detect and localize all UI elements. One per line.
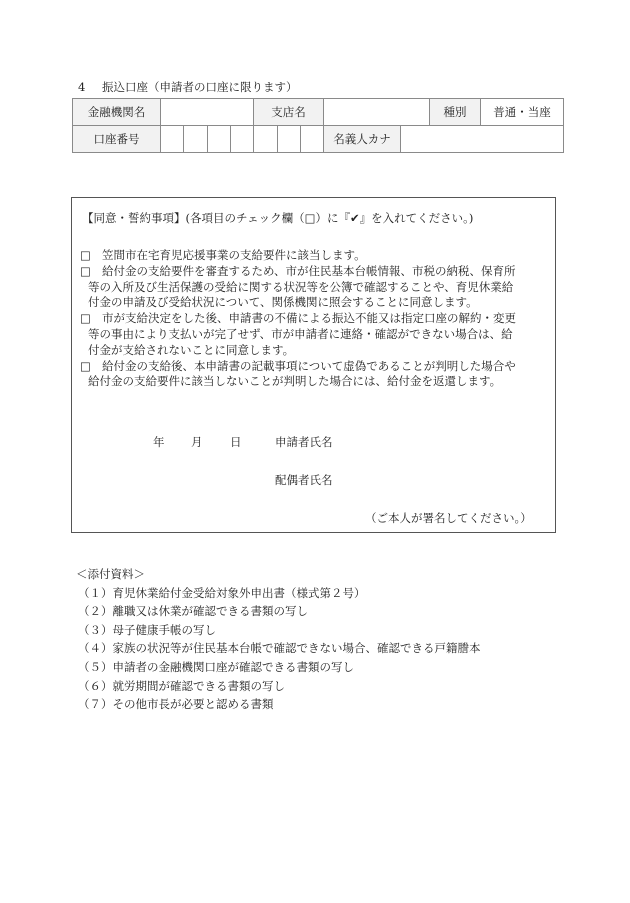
consent-title: 【同意・誓約事項】(各項目のチェック欄（□）に『✔』を入れてください。) xyxy=(82,210,473,226)
consent-item-text: 給付金の支給後、本申請書の記載事項について虚偽であることが判明した場合や xyxy=(102,359,516,375)
account-digit-7[interactable] xyxy=(301,126,324,153)
applicant-name-label: 申請者氏名 xyxy=(275,434,333,450)
account-digit-2[interactable] xyxy=(184,126,208,153)
applicant-name-field[interactable] xyxy=(342,428,542,446)
account-digit-3[interactable] xyxy=(208,126,231,153)
account-digit-1[interactable] xyxy=(161,126,184,153)
consent-item-1: □ 笠間市在宅育児応援事業の支給要件に該当します。 xyxy=(80,248,550,264)
bank-account-table: 金融機関名 支店名 種別 普通・当座 口座番号 名義人カナ xyxy=(72,98,564,153)
bank-name-field[interactable] xyxy=(161,99,254,126)
attachment-item: （５）申請者の金融機関口座が確認できる書類の写し xyxy=(78,658,481,677)
consent-item-text: 等の入所及び生活保護の受給に関する状況等を公簿で確認することや、育児休業給 xyxy=(88,280,516,296)
branch-name-field[interactable] xyxy=(324,99,430,126)
account-digit-4[interactable] xyxy=(231,126,254,153)
consent-item-text: 給付金の支給要件を審査するため、市が住民基本台帳情報、市税の納税、保育所 xyxy=(102,264,516,280)
consent-item-4: □ 給付金の支給後、本申請書の記載事項について虚偽であることが判明した場合や 給… xyxy=(80,359,550,391)
account-digit-5[interactable] xyxy=(254,126,278,153)
consent-item-3: □ 市が支給決定をした後、申請書の不備による振込不能又は指定口座の解約・変更 等… xyxy=(80,311,550,358)
consent-items: □ 笠間市在宅育児応援事業の支給要件に該当します。 □ 給付金の支給要件を審査す… xyxy=(80,248,550,390)
account-type-field[interactable]: 普通・当座 xyxy=(481,99,564,126)
attachment-item: （１）育児休業給付金受給対象外申出書（様式第２号） xyxy=(78,584,481,603)
section-number: 4 xyxy=(78,80,102,94)
account-number-label: 口座番号 xyxy=(73,126,161,153)
attachments-title: ＜添付資料＞ xyxy=(76,565,481,584)
section-title: 振込口座（申請者の口座に限ります） xyxy=(102,80,298,94)
branch-name-label: 支店名 xyxy=(254,99,324,126)
spouse-name-field[interactable] xyxy=(342,466,542,484)
attachment-item: （７）その他市長が必要と認める書類 xyxy=(78,695,481,714)
signature-note: （ご本人が署名してください。） xyxy=(365,510,532,526)
consent-item-text: 等の事由により支払いが完了せず、市が申請者に連絡・確認ができない場合は、給 xyxy=(88,327,516,343)
consent-item-text: 笠間市在宅育児応援事業の支給要件に該当します。 xyxy=(102,248,366,264)
attachment-item: （３）母子健康手帳の写し xyxy=(78,621,481,640)
consent-item-text: 市が支給決定をした後、申請書の不備による振込不能又は指定口座の解約・変更 xyxy=(102,311,516,327)
attachment-item: （４）家族の状況等が住民基本台帳で確認できない場合、確認できる戸籍謄本 xyxy=(78,639,481,658)
date-year-label: 年 xyxy=(153,434,165,450)
account-type-label: 種別 xyxy=(430,99,481,126)
attachment-item: （２）離職又は休業が確認できる書類の写し xyxy=(78,602,481,621)
account-row: 口座番号 名義人カナ xyxy=(73,126,564,153)
holder-kana-label: 名義人カナ xyxy=(324,126,401,153)
checkbox-icon[interactable]: □ xyxy=(80,248,102,264)
consent-item-2: □ 給付金の支給要件を審査するため、市が住民基本台帳情報、市税の納税、保育所 等… xyxy=(80,264,550,311)
attachments-section: ＜添付資料＞ （１）育児休業給付金受給対象外申出書（様式第２号） （２）離職又は… xyxy=(78,565,481,714)
consent-item-text: 付金が支給されないことに同意します。 xyxy=(88,343,516,359)
bank-row: 金融機関名 支店名 種別 普通・当座 xyxy=(73,99,564,126)
section-4-heading: 4振込口座（申請者の口座に限ります） xyxy=(78,79,298,95)
bank-name-label: 金融機関名 xyxy=(73,99,161,126)
date-month-label: 月 xyxy=(191,434,203,450)
spouse-name-label: 配偶者氏名 xyxy=(275,472,333,488)
consent-item-text: 給付金の支給要件に該当しないことが判明した場合には、給付金を返還します。 xyxy=(88,374,516,390)
account-digit-6[interactable] xyxy=(278,126,301,153)
attachment-item: （６）就労期間が確認できる書類の写し xyxy=(78,677,481,696)
date-day-label: 日 xyxy=(230,434,242,450)
consent-box: 【同意・誓約事項】(各項目のチェック欄（□）に『✔』を入れてください。) □ 笠… xyxy=(71,197,556,533)
consent-item-text: 付金の申請及び受給状況について、関係機関に照会することに同意します。 xyxy=(88,295,516,311)
holder-kana-field[interactable] xyxy=(401,126,564,153)
